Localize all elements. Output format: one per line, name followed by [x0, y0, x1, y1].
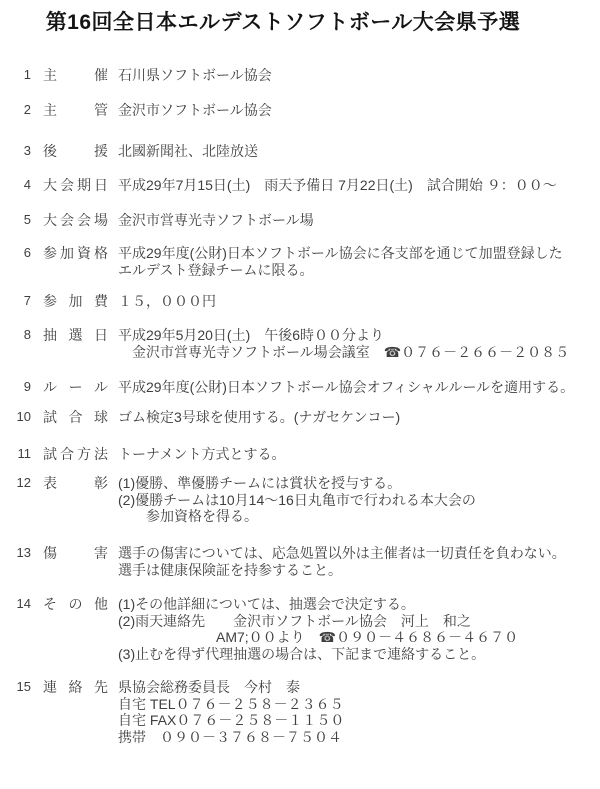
item-row-6: 6参加資格平成29年度(公財)日本ソフトボール協会に各支部を通じて加盟登録したエ… — [0, 245, 563, 278]
item-content: 金沢市営専光寺ソフトボール場 — [118, 212, 314, 229]
item-line: 金沢市営専光寺ソフトボール場会議室 ☎０７６－２６６－２０８５ — [118, 344, 569, 361]
item-label: 大会期日 — [43, 177, 108, 194]
item-content: 選手の傷害については、応急処置以外は主催者は一切責任を負わない。選手は健康保険証… — [118, 545, 566, 578]
item-row-13: 13傷害選手の傷害については、応急処置以外は主催者は一切責任を負わない。選手は健… — [0, 545, 566, 578]
document-page: 第16回全日本エルデストソフトボール大会県予選 1主催石川県ソフトボール協会2主… — [0, 0, 600, 789]
item-row-7: 7参加費１５，０００円 — [0, 293, 216, 310]
item-content: 平成29年5月20日(土) 午後6時００分より 金沢市営専光寺ソフトボール場会議… — [118, 327, 569, 360]
item-number: 13 — [16, 545, 31, 562]
item-row-14: 14その他(1)その他詳細については、抽選会で決定する。(2)雨天連絡先 金沢市… — [0, 596, 518, 662]
item-label: 表彰 — [43, 475, 108, 492]
item-content: 平成29年7月15日(土) 雨天予備日 7月22日(土) 試合開始 ９：００～ — [118, 177, 557, 194]
item-number: 2 — [16, 102, 31, 119]
item-content: １５，０００円 — [118, 293, 216, 310]
item-line: 平成29年度(公財)日本ソフトボール協会オフィシャルルールを適用する。 — [118, 379, 574, 396]
item-line: 平成29年度(公財)日本ソフトボール協会に各支部を通じて加盟登録した — [118, 245, 563, 262]
item-row-4: 4大会期日平成29年7月15日(土) 雨天予備日 7月22日(土) 試合開始 ９… — [0, 177, 557, 194]
item-content: (1)その他詳細については、抽選会で決定する。(2)雨天連絡先 金沢市ソフトボー… — [118, 596, 518, 662]
item-number: 1 — [16, 67, 31, 84]
item-line: 石川県ソフトボール協会 — [118, 67, 272, 84]
item-row-11: 11試合方法トーナメント方式とする。 — [0, 446, 285, 463]
item-line: 自宅 TEL０７６－２５８－２３６５ — [118, 696, 344, 713]
item-number: 12 — [16, 475, 31, 492]
item-content: 平成29年度(公財)日本ソフトボール協会オフィシャルルールを適用する。 — [118, 379, 574, 396]
item-line: 参加資格を得る。 — [118, 508, 476, 525]
item-number: 14 — [16, 596, 31, 613]
item-content: (1)優勝、準優勝チームには賞状を授与する。(2)優勝チームは10月14～16日… — [118, 475, 476, 525]
page-title: 第16回全日本エルデストソフトボール大会県予選 — [0, 6, 596, 36]
item-line: エルデスト登録チームに限る。 — [118, 262, 563, 279]
item-label: 試合方法 — [43, 446, 108, 463]
item-row-10: 10試合球ゴム検定3号球を使用する。(ナガセケンコー) — [0, 409, 400, 426]
item-line: AM7;００より ☎０９０－４６８６－４６７０ — [118, 629, 518, 646]
item-line: 県協会総務委員長 今村 泰 — [118, 679, 344, 696]
item-content: トーナメント方式とする。 — [118, 446, 285, 463]
item-number: 5 — [16, 212, 31, 229]
item-row-12: 12表彰(1)優勝、準優勝チームには賞状を授与する。(2)優勝チームは10月14… — [0, 475, 476, 525]
item-line: (1)優勝、準優勝チームには賞状を授与する。 — [118, 475, 476, 492]
item-number: 15 — [16, 679, 31, 696]
item-number: 10 — [16, 409, 31, 426]
item-line: 平成29年7月15日(土) 雨天予備日 7月22日(土) 試合開始 ９：００～ — [118, 177, 557, 194]
item-line: (2)優勝チームは10月14～16日丸亀市で行われる本大会の — [118, 492, 476, 509]
item-label: ルール — [43, 379, 108, 396]
item-line: ゴム検定3号球を使用する。(ナガセケンコー) — [118, 409, 400, 426]
item-label: 傷害 — [43, 545, 108, 562]
item-row-2: 2主管金沢市ソフトボール協会 — [0, 102, 272, 119]
item-number: 3 — [16, 143, 31, 160]
item-label: 大会会場 — [43, 212, 108, 229]
item-content: 石川県ソフトボール協会 — [118, 67, 272, 84]
item-label: 参加資格 — [43, 245, 108, 262]
item-line: 選手は健康保険証を持参すること。 — [118, 562, 566, 579]
item-line: トーナメント方式とする。 — [118, 446, 285, 463]
item-row-1: 1主催石川県ソフトボール協会 — [0, 67, 272, 84]
item-label: 連絡先 — [43, 679, 108, 696]
item-content: 北國新聞社、北陸放送 — [118, 143, 258, 160]
item-line: (3)止むを得ず代理抽選の場合は、下記まで連絡すること。 — [118, 646, 518, 663]
item-number: 7 — [16, 293, 31, 310]
item-line: 携帯 ０９０－３７６８－７５０４ — [118, 729, 344, 746]
item-number: 8 — [16, 327, 31, 344]
item-row-8: 8抽選日平成29年5月20日(土) 午後6時００分より 金沢市営専光寺ソフトボー… — [0, 327, 569, 360]
item-row-9: 9ルール平成29年度(公財)日本ソフトボール協会オフィシャルルールを適用する。 — [0, 379, 574, 396]
item-line: 金沢市ソフトボール協会 — [118, 102, 272, 119]
item-line: 選手の傷害については、応急処置以外は主催者は一切責任を負わない。 — [118, 545, 566, 562]
item-line: 自宅 FAX０７６－２５８－１１５０ — [118, 712, 344, 729]
item-line: 北國新聞社、北陸放送 — [118, 143, 258, 160]
item-label: 試合球 — [43, 409, 108, 426]
item-label: 抽選日 — [43, 327, 108, 344]
item-number: 4 — [16, 177, 31, 194]
item-content: ゴム検定3号球を使用する。(ナガセケンコー) — [118, 409, 400, 426]
item-content: 金沢市ソフトボール協会 — [118, 102, 272, 119]
item-label: 主管 — [43, 102, 108, 119]
item-label: 参加費 — [43, 293, 108, 310]
item-label: 後援 — [43, 143, 108, 160]
item-label: 主催 — [43, 67, 108, 84]
item-line: 平成29年5月20日(土) 午後6時００分より — [118, 327, 569, 344]
item-line: (1)その他詳細については、抽選会で決定する。 — [118, 596, 518, 613]
item-content: 県協会総務委員長 今村 泰自宅 TEL０７６－２５８－２３６５自宅 FAX０７６… — [118, 679, 344, 745]
item-label: その他 — [43, 596, 108, 613]
item-number: 9 — [16, 379, 31, 396]
item-row-3: 3後援北國新聞社、北陸放送 — [0, 143, 258, 160]
item-line: １５，０００円 — [118, 293, 216, 310]
item-row-15: 15連絡先県協会総務委員長 今村 泰自宅 TEL０７６－２５８－２３６５自宅 F… — [0, 679, 344, 745]
item-number: 11 — [16, 446, 31, 463]
item-number: 6 — [16, 245, 31, 262]
item-line: (2)雨天連絡先 金沢市ソフトボール協会 河上 和之 — [118, 613, 518, 630]
item-content: 平成29年度(公財)日本ソフトボール協会に各支部を通じて加盟登録したエルデスト登… — [118, 245, 563, 278]
item-line: 金沢市営専光寺ソフトボール場 — [118, 212, 314, 229]
item-row-5: 5大会会場金沢市営専光寺ソフトボール場 — [0, 212, 314, 229]
